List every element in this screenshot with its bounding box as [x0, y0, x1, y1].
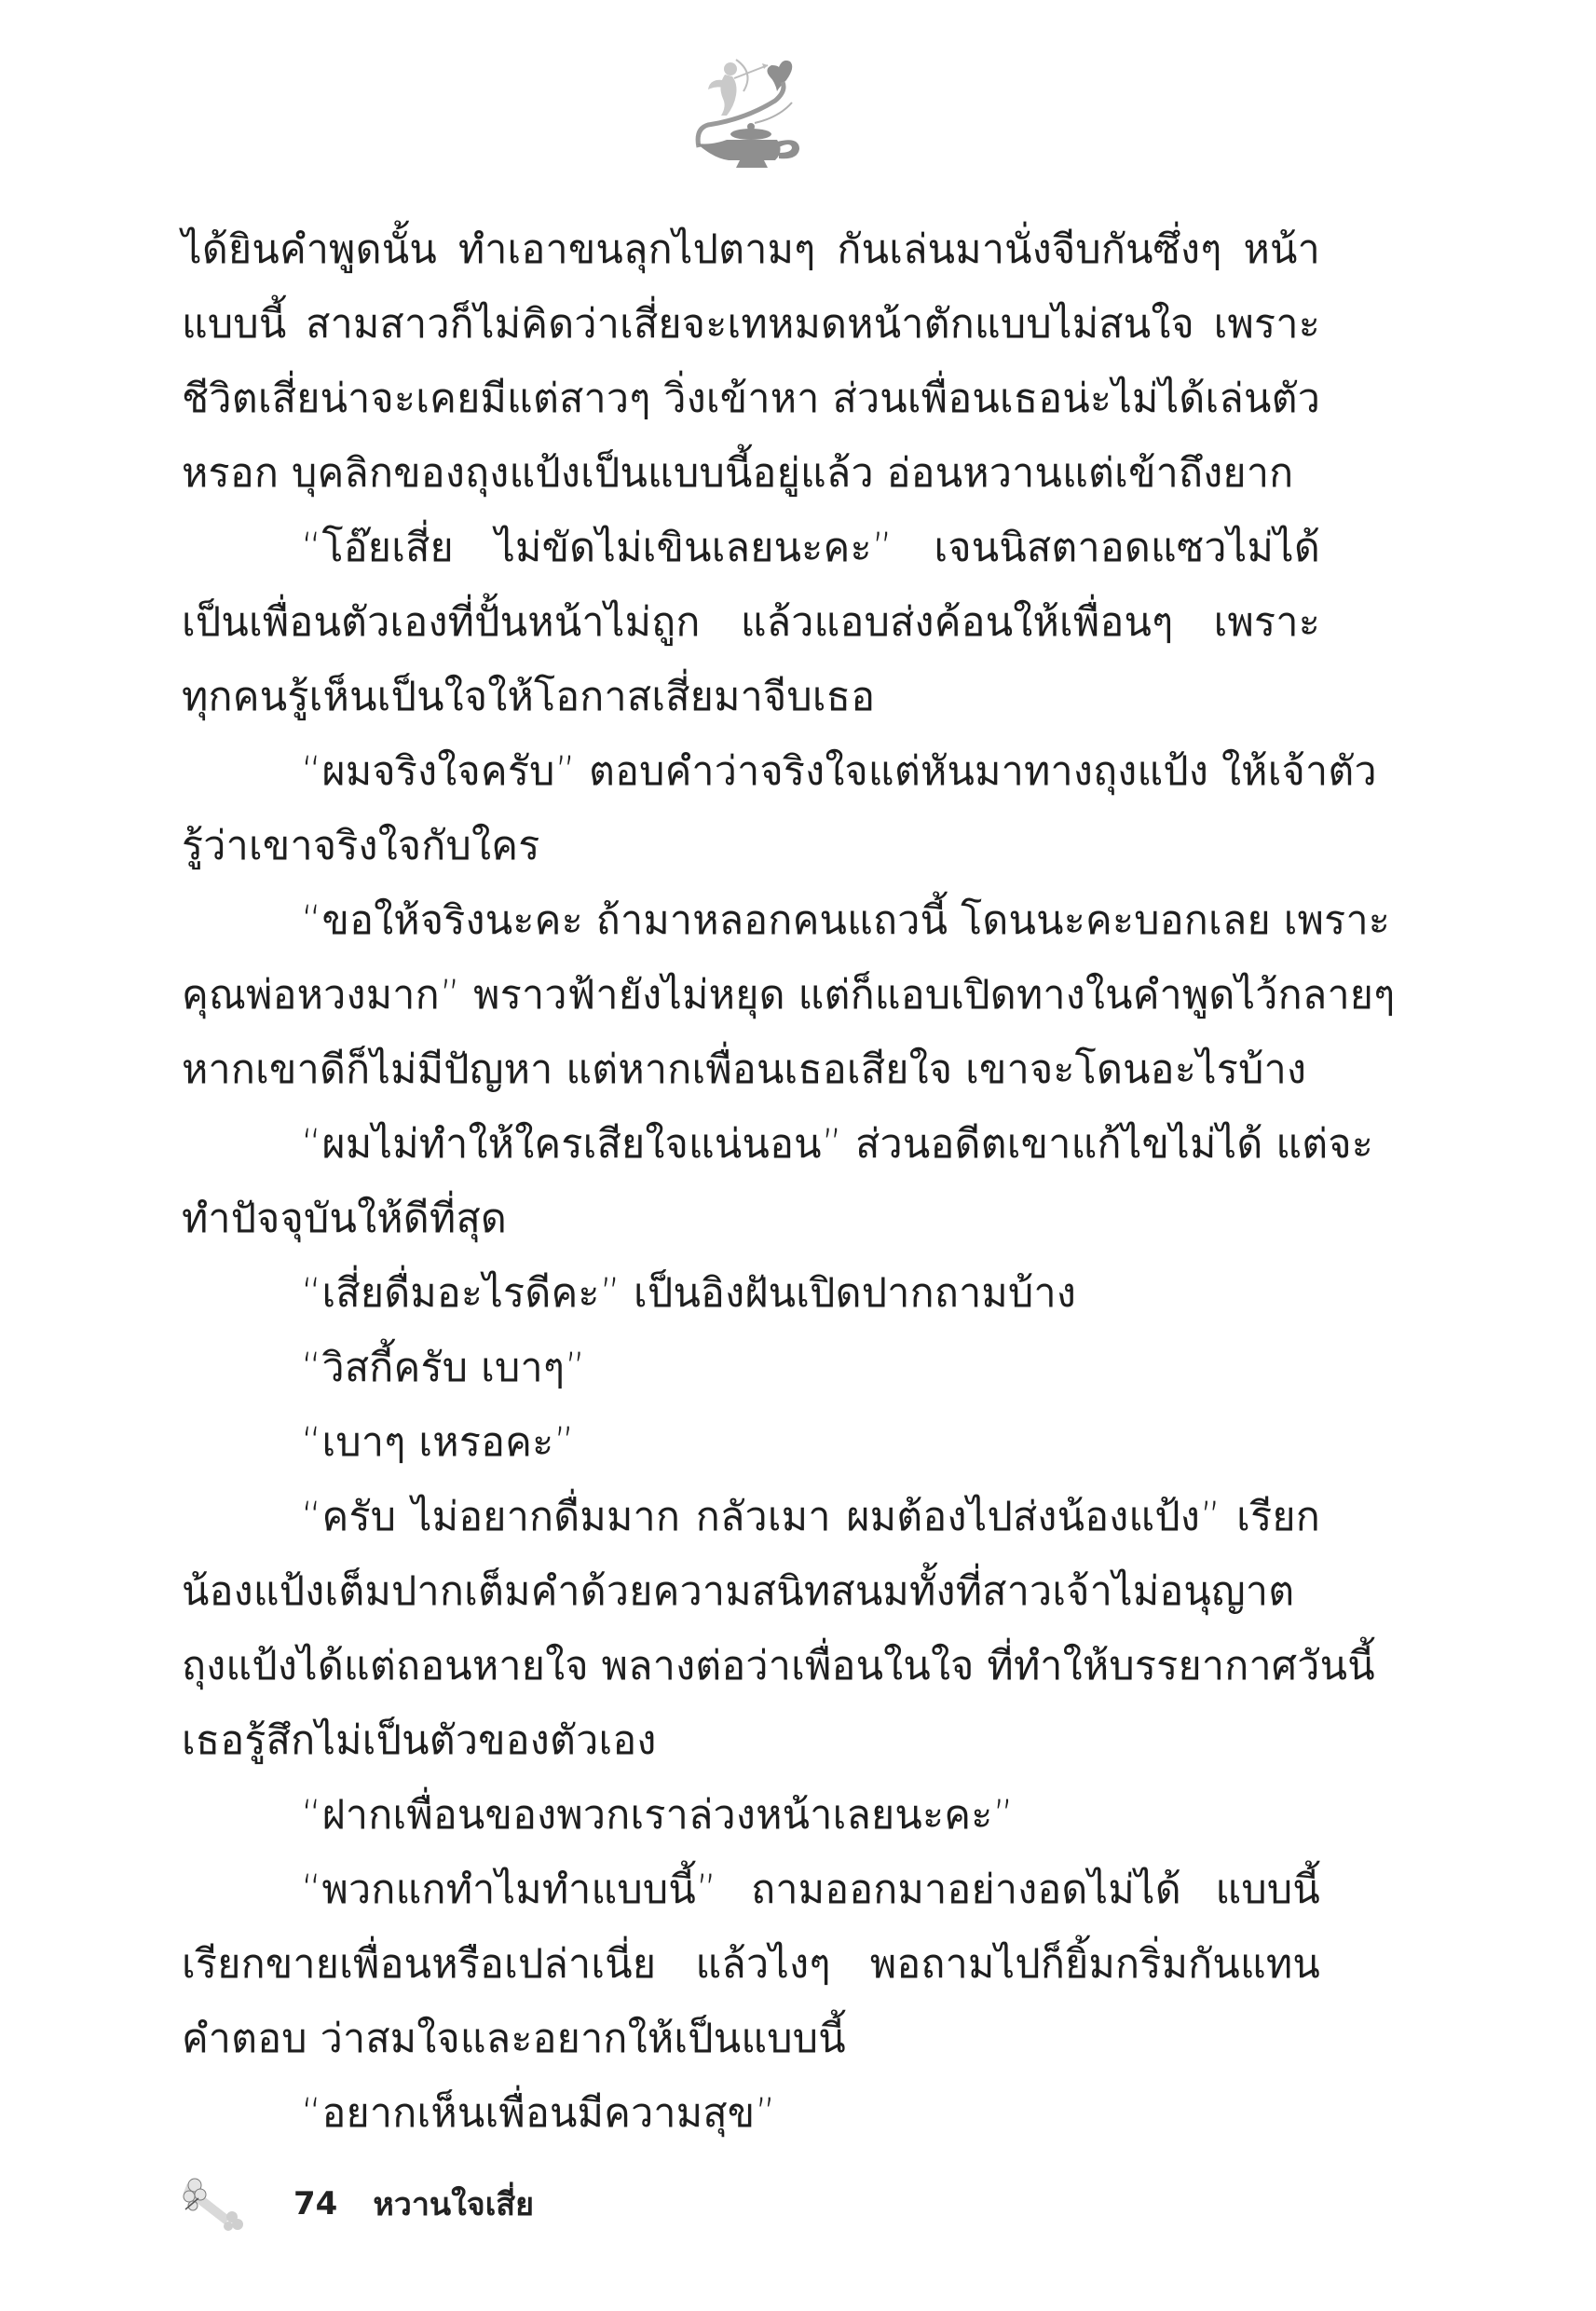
text-line: คำตอบ ว่าสมใจและอยากให้เป็นแบบนี้	[182, 2002, 1320, 2076]
text-line: ถุงแป้งได้แต่ถอนหายใจ พลางต่อว่าเพื่อนใน…	[182, 1629, 1320, 1703]
paragraph-first-line: “ขอให้จริงนะคะ ถ้ามาหลอกคนแถวนี้ โดนนะคะ…	[182, 883, 1320, 958]
paragraph-first-line: “ผมไม่ทำให้ใครเสียใจแน่นอน” ส่วนอดีตเขาแ…	[182, 1107, 1320, 1182]
paragraph-first-line: “อยากเห็นเพื่อนมีความสุข”	[182, 2076, 1320, 2151]
text-line: เรียกขายเพื่อนหรือเปล่าเนี่ย แล้วไงๆ พอถ…	[182, 1927, 1320, 2002]
book-title: หวานใจเสี่ย	[373, 2179, 534, 2229]
text-line: ได้ยินคำพูดนั้น ทำเอาขนลุกไปตามๆ กันเล่น…	[182, 212, 1320, 287]
cupid-genie-lamp-icon	[689, 54, 811, 171]
text-line: เป็นเพื่อนตัวเองที่ปั้นหน้าไม่ถูก แล้วแอ…	[182, 585, 1320, 660]
text-line: หรอก บุคลิกของถุงแป้งเป็นแบบนี้อยู่แล้ว …	[182, 436, 1320, 511]
text-line: ชีวิตเสี่ยน่าจะเคยมีแต่สาวๆ วิ่งเข้าหา ส…	[182, 362, 1320, 436]
paragraph-first-line: “ฝากเพื่อนของพวกเราล่วงหน้าเลยนะคะ”	[182, 1778, 1320, 1853]
body-text: ได้ยินคำพูดนั้น ทำเอาขนลุกไปตามๆ กันเล่น…	[182, 212, 1320, 2151]
text-line: ทำปัจจุบันให้ดีที่สุด	[182, 1182, 1320, 1256]
page-footer: 74 หวานใจเสี่ย	[182, 2176, 534, 2232]
text-line: น้องแป้งเต็มปากเต็มคำด้วยความสนิทสนมทั้ง…	[182, 1554, 1320, 1629]
paragraph-first-line: “พวกแกทำไมทำแบบนี้” ถามออกมาอย่างอดไม่ได…	[182, 1853, 1320, 1927]
paragraph-first-line: “เสี่ยดื่มอะไรดีคะ” เป็นอิงฝันเปิดปากถาม…	[182, 1256, 1320, 1331]
paragraph-first-line: “วิสกี้ครับ เบาๆ”	[182, 1331, 1320, 1405]
paragraph-first-line: “ผมจริงใจครับ” ตอบคำว่าจริงใจแต่หันมาทาง…	[182, 734, 1320, 809]
text-line: ทุกคนรู้เห็นเป็นใจให้โอกาสเสี่ยมาจีบเธอ	[182, 660, 1320, 734]
text-line: แบบนี้ สามสาวก็ไม่คิดว่าเสี่ยจะเทหมดหน้า…	[182, 287, 1320, 362]
text-line: คุณพ่อหวงมาก” พราวฟ้ายังไม่หยุด แต่ก็แอบ…	[182, 958, 1320, 1032]
text-line: รู้ว่าเขาจริงใจกับใคร	[182, 809, 1320, 883]
paragraph-first-line: “ครับ ไม่อยากดื่มมาก กลัวเมา ผมต้องไปส่ง…	[182, 1480, 1320, 1554]
flower-bouquet-icon	[182, 2176, 247, 2232]
page-number: 74	[293, 2185, 337, 2222]
text-line: เธอรู้สึกไม่เป็นตัวของตัวเอง	[182, 1703, 1320, 1778]
text-line: หากเขาดีก็ไม่มีปัญหา แต่หากเพื่อนเธอเสีย…	[182, 1032, 1320, 1107]
paragraph-first-line: “โอ๊ยเสี่ย ไม่ขัดไม่เขินเลยนะคะ” เจนนิสต…	[182, 511, 1320, 585]
paragraph-first-line: “เบาๆ เหรอคะ”	[182, 1405, 1320, 1480]
